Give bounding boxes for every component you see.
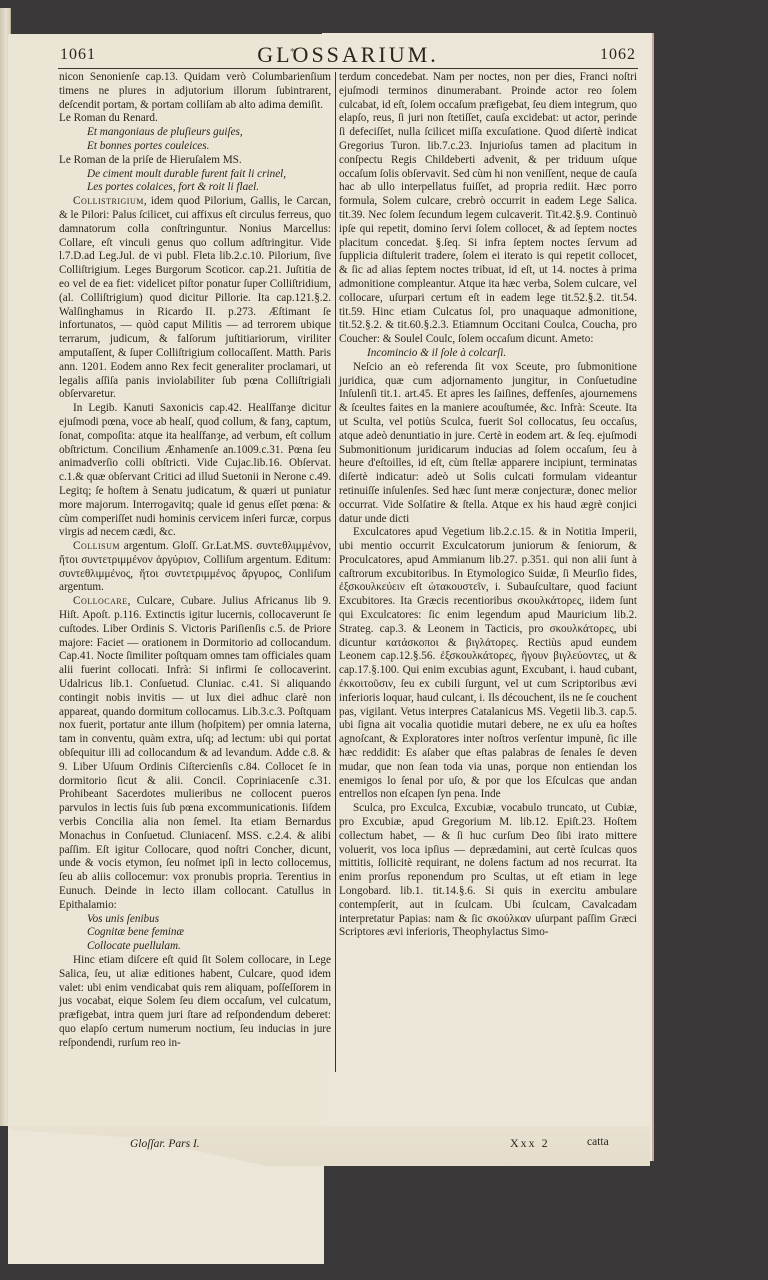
paragraph: terdum concedebat. Nam per noctes, non p…: [339, 71, 637, 347]
entry-text: Exculcatores apud Vegetium lib.2.c.15. &…: [339, 526, 637, 800]
left-column: nicon Senonienſe cap.13. Quidam verò Col…: [59, 71, 331, 1051]
entry-text: Hinc etiam diſcere eſt quid ſit Solem co…: [59, 954, 331, 1049]
verse-line: Les portes colaices, fort & roit li flae…: [59, 181, 331, 195]
glossary-entry: Collistrigium, idem quod Pilorium, Galli…: [59, 195, 331, 402]
column-divider: [335, 72, 336, 1072]
entry-headword: Collistrigium: [73, 195, 144, 207]
paragraph: Sculca, pro Exculca, Excubiæ, vocabulo t…: [339, 802, 637, 940]
entry-text: Et mangoniaus de pluſieurs guiſes,: [87, 126, 243, 138]
folio-right: 1062: [600, 46, 636, 64]
verse-line: Et mangoniaus de pluſieurs guiſes,: [59, 126, 331, 140]
entry-headword: Collisum: [73, 540, 120, 552]
entry-headword: Collocare: [73, 595, 128, 607]
entry-text: , Culcare, Cubare. Julius Africanus lib …: [59, 595, 331, 911]
entry-text: Les portes colaices, fort & roit li flae…: [87, 181, 259, 193]
entry-text: Cognitæ bene feminæ: [87, 926, 184, 938]
entry-text: nicon Senonienſe cap.13. Quidam verò Col…: [59, 71, 331, 111]
glossary-entry: Collocare, Culcare, Cubare. Julius Afric…: [59, 595, 331, 912]
glossary-entry: Collisum argentum. Gloſſ. Gr.Lat.MS. συν…: [59, 540, 331, 595]
verse-line: Et bonnes portes couleices.: [59, 140, 331, 154]
signature-mark: Xxx 2: [510, 1136, 550, 1151]
entry-text: Sculca, pro Exculca, Excubiæ, vocabulo t…: [339, 802, 637, 938]
entry-text: terdum concedebat. Nam per noctes, non p…: [339, 71, 637, 345]
entry-text: Neſcio an eò referenda ſit vox Sceute, p…: [339, 361, 637, 525]
paragraph: In Legib. Kanuti Saxonicis cap.42. Healſ…: [59, 402, 331, 540]
catchword: catta: [587, 1136, 609, 1148]
paragraph: Exculcatores apud Vegetium lib.2.c.15. &…: [339, 526, 637, 802]
entry-text: In Legib. Kanuti Saxonicis cap.42. Healſ…: [59, 402, 331, 538]
entry-text: Collocate puellulam.: [87, 940, 181, 952]
page-header: 1061 GLOSSARIUM. 1062: [58, 42, 638, 69]
entry-text: Et bonnes portes couleices.: [87, 140, 209, 152]
verse-line: Cognitæ bene feminæ: [59, 926, 331, 940]
paragraph: Neſcio an eò referenda ſit vox Sceute, p…: [339, 361, 637, 527]
running-title: GLOSSARIUM.: [58, 42, 638, 68]
paragraph: Le Roman du Renard.: [59, 112, 331, 126]
right-column: terdum concedebat. Nam per noctes, non p…: [339, 71, 637, 940]
verse-line: Incomincio & il ſole à colcarſi.: [339, 347, 637, 361]
entry-text: , idem quod Pilorium, Gallis, le Carcan,…: [59, 195, 331, 400]
entry-text: Le Roman du Renard.: [59, 112, 158, 124]
entry-text: Le Roman de la priſe de Hieruſalem MS.: [59, 154, 242, 166]
entry-text: Incomincio & il ſole à colcarſi.: [367, 347, 506, 359]
paragraph: nicon Senonienſe cap.13. Quidam verò Col…: [59, 71, 331, 112]
entry-text: Vos unis ſenibus: [87, 913, 159, 925]
verse-line: Collocate puellulam.: [59, 940, 331, 954]
verse-line: De ciment moult durable furent fait li c…: [59, 168, 331, 182]
paragraph: Le Roman de la priſe de Hieruſalem MS.: [59, 154, 331, 168]
verse-line: Vos unis ſenibus: [59, 913, 331, 927]
entry-text: De ciment moult durable furent fait li c…: [87, 168, 286, 180]
paragraph: Hinc etiam diſcere eſt quid ſit Solem co…: [59, 954, 331, 1051]
footer-note: Gloſſar. Pars I.: [130, 1138, 200, 1150]
